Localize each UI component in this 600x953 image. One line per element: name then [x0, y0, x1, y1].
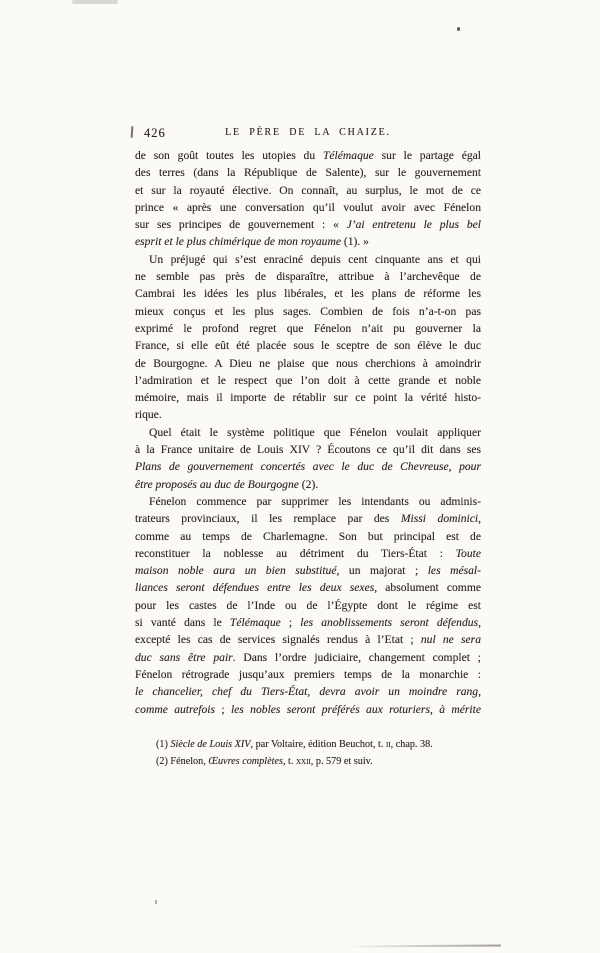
footnote: (2) Fénelon, Œuvres complètes, t. xxii, … [135, 754, 481, 771]
text-line: comme autrefois ; les nobles seront préf… [135, 701, 481, 718]
scan-artifact [131, 126, 134, 138]
text-line: si vanté dans le Télémaque ; les anoblis… [135, 614, 481, 631]
text-line: liances seront défendues entre les deux … [135, 579, 481, 596]
scan-artifact [343, 944, 501, 947]
text-line: pour les castes de l’Inde ou de l’Égypte… [135, 597, 481, 614]
text-line: excepté les cas de services signalés ren… [135, 631, 481, 648]
paragraph: Un préjugé qui s’est enraciné depuis cen… [135, 251, 481, 424]
text-line: être proposés au duc de Bourgogne (2). [135, 476, 481, 493]
text-line: à la France unitaire de Louis XIV ? Écou… [135, 441, 481, 458]
text-line: le chancelier, chef du Tiers-État, devra… [135, 683, 481, 700]
text-line: exprimé le profond regret que Fénelon n’… [135, 320, 481, 337]
paragraph: de son goût toutes les utopies du Téléma… [135, 147, 481, 251]
scan-artifact [72, 0, 118, 4]
text-line: mémoire, mais il importe de rétablir sur… [135, 389, 481, 406]
text-line: des terres (dans la République de Salent… [135, 164, 481, 181]
text-line: esprit et le plus chimérique de mon roya… [135, 233, 481, 250]
scan-artifact [155, 900, 157, 904]
paragraph: Quel était le système politique que Féne… [135, 424, 481, 493]
text-line: l’admiration et le respect que l’on doit… [135, 372, 481, 389]
text-line: mieux conçus et les plus sages. Combien … [135, 303, 481, 320]
footnotes: (1) Siècle de Louis XIV, par Voltaire, é… [135, 737, 481, 770]
text-line: sur ses principes de gouvernement : « J’… [135, 216, 481, 233]
text-line: Cambrai les idées les plus libérales, et… [135, 285, 481, 302]
text-line: comme au temps de Charlemagne. Son but p… [135, 528, 481, 545]
text-line: Plans de gouvernement concertés avec le … [135, 458, 481, 475]
text-line: de Bourgogne. A Dieu ne plaise que nous … [135, 355, 481, 372]
text-line: prince « après une conversation qu’il vo… [135, 199, 481, 216]
text-line: Un préjugé qui s’est enraciné depuis cen… [135, 251, 481, 268]
body-text: de son goût toutes les utopies du Téléma… [135, 147, 481, 718]
text-line: rique. [135, 406, 481, 423]
page-number: 426 [144, 126, 166, 141]
text-line: de son goût toutes les utopies du Téléma… [135, 147, 481, 164]
footnote: (1) Siècle de Louis XIV, par Voltaire, é… [135, 737, 481, 754]
scan-artifact [457, 27, 460, 31]
text-line: France, si elle eût été placée sous le s… [135, 337, 481, 354]
text-line: reconstituer la noblesse au détriment du… [135, 545, 481, 562]
text-line: duc sans être pair. Dans l’ordre judicia… [135, 649, 481, 666]
text-line: Quel était le système politique que Féne… [135, 424, 481, 441]
text-line: Fénelon rétrograde jusqu’aux premiers te… [135, 666, 481, 683]
scanned-book-page: 426 LE PÈRE DE LA CHAIZE. de son goût to… [0, 0, 600, 953]
text-line: trateurs provinciaux, il les remplace pa… [135, 510, 481, 527]
text-line: ne semble pas près de disparaître, attri… [135, 268, 481, 285]
running-title: LE PÈRE DE LA CHAIZE. [135, 125, 481, 138]
text-line: et sur la royauté élective. On connaît, … [135, 182, 481, 199]
paragraph: Fénelon commence par supprimer les inten… [135, 493, 481, 718]
text-line: maison noble aura un bien substitué, un … [135, 562, 481, 579]
page-header: 426 LE PÈRE DE LA CHAIZE. [135, 125, 481, 141]
text-line: Fénelon commence par supprimer les inten… [135, 493, 481, 510]
